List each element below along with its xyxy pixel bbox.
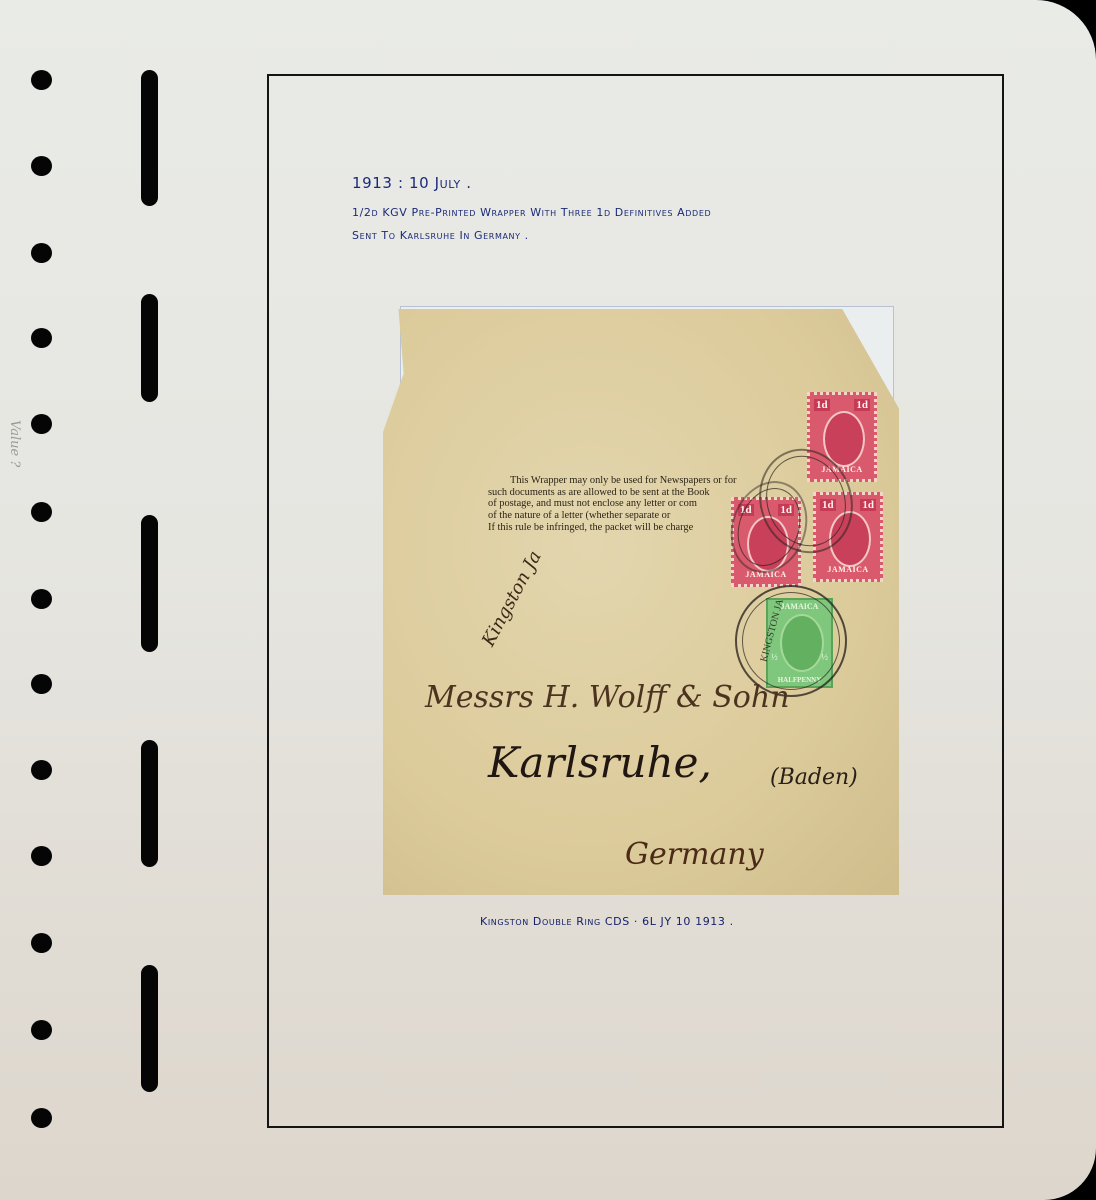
binder-hole [31, 933, 52, 953]
binder-hole [31, 414, 52, 434]
notice-line: of the nature of a letter (whether separ… [488, 510, 738, 522]
stamp-country: JAMAICA [816, 565, 880, 574]
binder-hole [31, 846, 52, 866]
binder-hole [31, 760, 52, 780]
binder-slot [141, 965, 158, 1092]
binder-slot [141, 294, 158, 402]
binder-hole [31, 589, 52, 609]
binder-hole [31, 674, 52, 694]
caption-date: 1913 : 10 July . [352, 174, 472, 192]
binder-hole [31, 156, 52, 176]
notice-line: of postage, and must not enclose any let… [488, 498, 738, 510]
caption-destination: Sent To Karlsruhe In Germany . [352, 229, 529, 242]
binder-slot [141, 740, 158, 867]
caption-description: 1/2d KGV Pre-Printed Wrapper With Three … [352, 206, 711, 219]
binder-hole [31, 243, 52, 263]
notice-line: This Wrapper may only be used for Newspa… [488, 475, 738, 487]
binder-hole [31, 328, 52, 348]
stamp-value: 1d [814, 399, 830, 411]
notice-line: If this rule be infringed, the packet wi… [488, 522, 738, 534]
printed-notice: This Wrapper may only be used for Newspa… [488, 475, 738, 534]
stamp-value: 1d [860, 499, 876, 511]
binder-hole [31, 70, 52, 90]
address-line-3: Germany [625, 837, 764, 872]
binder-hole [31, 1020, 52, 1040]
binder-hole [31, 1108, 52, 1128]
binder-hole [31, 502, 52, 522]
caption-postmark: Kingston Double Ring CDS · 6L JY 10 1913… [480, 915, 734, 928]
notice-line: such documents as are allowed to be sent… [488, 487, 738, 499]
address-line-2: Karlsruhe, [488, 738, 712, 787]
album-page: Value ? 1913 : 10 July . 1/2d KGV Pre-Pr… [0, 0, 1096, 1200]
pencil-note: Value ? [7, 420, 22, 467]
address-region: (Baden) [770, 765, 858, 790]
binder-slot [141, 70, 158, 206]
address-line-1: Messrs H. Wolff & Sohn [425, 680, 790, 715]
stamp-value: 1d [854, 399, 870, 411]
binder-slot [141, 515, 158, 652]
